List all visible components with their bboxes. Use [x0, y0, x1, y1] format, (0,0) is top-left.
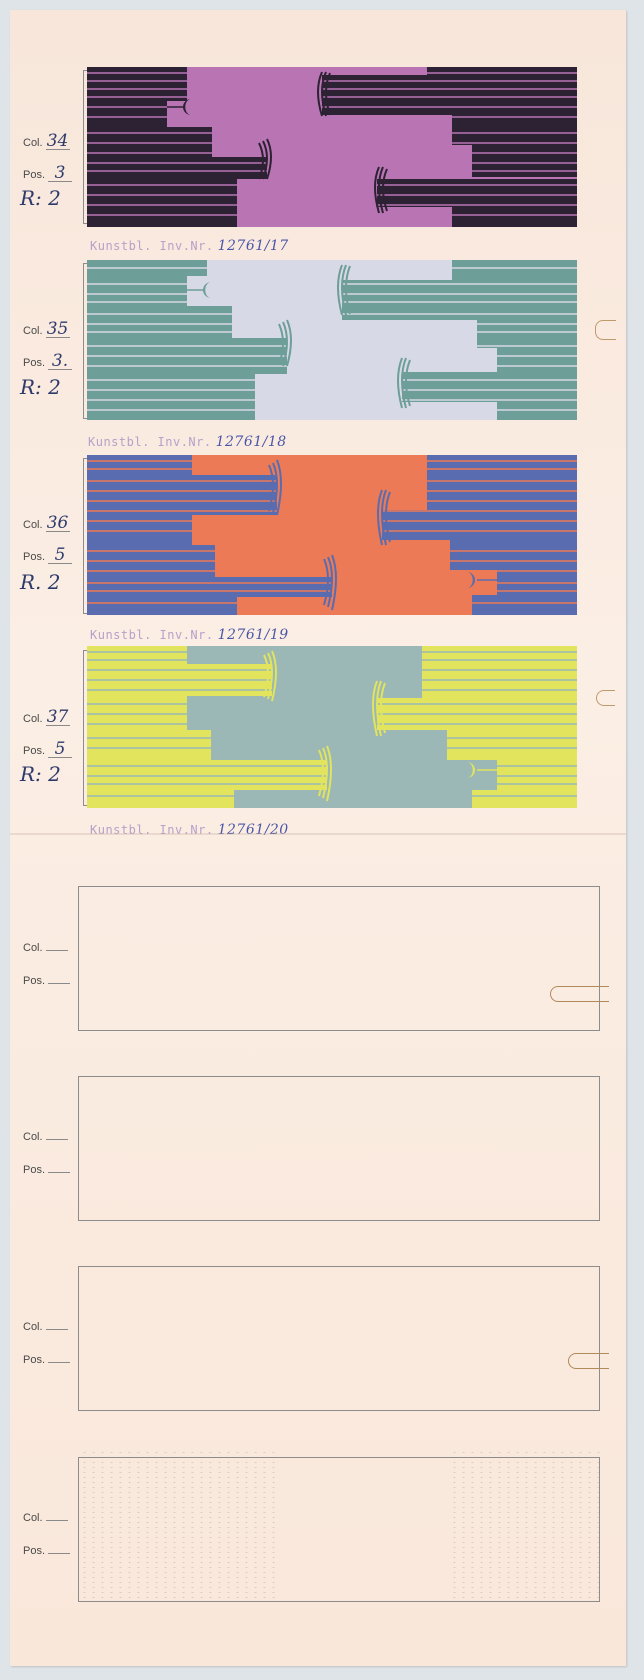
paper-clip-icon	[568, 1353, 609, 1369]
pos-blank[interactable]	[48, 1164, 70, 1173]
col-blank[interactable]	[46, 942, 68, 951]
pos-field: Pos.	[23, 1164, 70, 1176]
col-field: Col.	[23, 1321, 68, 1333]
woven-pattern-icon	[87, 260, 577, 420]
woven-pattern-icon	[87, 67, 577, 227]
swatch-frame[interactable]	[78, 886, 600, 1031]
pos-field: Pos.	[23, 1354, 70, 1366]
col-field: Col.	[23, 1512, 68, 1524]
pos-value: 5	[48, 548, 72, 564]
repeat-value: R: 2	[20, 762, 61, 786]
col-field: Col.	[23, 1131, 68, 1143]
col-value: 37	[46, 710, 70, 726]
pos-field: Pos.3.	[23, 354, 72, 370]
pos-field: Pos.	[23, 975, 70, 987]
col-field: Col.37	[23, 710, 70, 726]
swatch-frame[interactable]	[78, 1266, 600, 1411]
swatch-frame[interactable]	[78, 1457, 600, 1602]
pos-blank[interactable]	[48, 1354, 70, 1363]
col-field: Col.	[23, 942, 68, 954]
inventory-number: 12761/18	[216, 434, 287, 450]
textile-swatch[interactable]	[87, 67, 577, 227]
inventory-stamp: Kunstbl. Inv.Nr.12761/19	[90, 627, 289, 643]
col-value: 35	[46, 322, 70, 338]
col-value: 36	[46, 516, 70, 532]
col-blank[interactable]	[46, 1131, 68, 1140]
woven-pattern-icon	[87, 646, 577, 808]
col-blank[interactable]	[46, 1512, 68, 1521]
pos-field: Pos.3	[23, 166, 72, 182]
textile-swatch[interactable]	[87, 260, 577, 420]
col-field: Col.35	[23, 322, 70, 338]
paper-clip-icon	[595, 320, 616, 340]
textile-swatch[interactable]	[87, 646, 577, 808]
inventory-stamp: Kunstbl. Inv.Nr.12761/17	[90, 238, 289, 254]
col-field: Col.34	[23, 134, 70, 150]
pos-field: Pos.5	[23, 742, 72, 758]
swatch-frame[interactable]	[78, 1076, 600, 1221]
col-field: Col.36	[23, 516, 70, 532]
pos-blank[interactable]	[48, 975, 70, 984]
pos-value: 5	[48, 742, 72, 758]
inventory-stamp: Kunstbl. Inv.Nr.12761/20	[90, 822, 289, 838]
textile-swatch[interactable]	[87, 455, 577, 615]
paper-clip-icon	[550, 986, 609, 1002]
fold-line	[10, 833, 626, 835]
inventory-number: 12761/17	[218, 238, 289, 254]
inventory-number: 12761/19	[218, 627, 289, 643]
paper-clip-icon	[596, 690, 615, 706]
inventory-stamp: Kunstbl. Inv.Nr.12761/18	[88, 434, 287, 450]
col-blank[interactable]	[46, 1321, 68, 1330]
col-value: 34	[46, 134, 70, 150]
repeat-value: R. 2	[20, 570, 61, 594]
pos-blank[interactable]	[48, 1545, 70, 1554]
repeat-value: R: 2	[20, 186, 61, 210]
sample-card-sheet: Col.34 Pos.3 R: 2 Kunstbl. Inv.Nr.12761/…	[10, 10, 626, 1666]
pos-field: Pos.5	[23, 548, 72, 564]
pos-value: 3.	[48, 354, 72, 370]
pos-field: Pos.	[23, 1545, 70, 1557]
repeat-value: R: 2	[20, 375, 61, 399]
inventory-number: 12761/20	[218, 822, 289, 838]
pos-value: 3	[48, 166, 72, 182]
woven-pattern-icon	[87, 455, 577, 615]
